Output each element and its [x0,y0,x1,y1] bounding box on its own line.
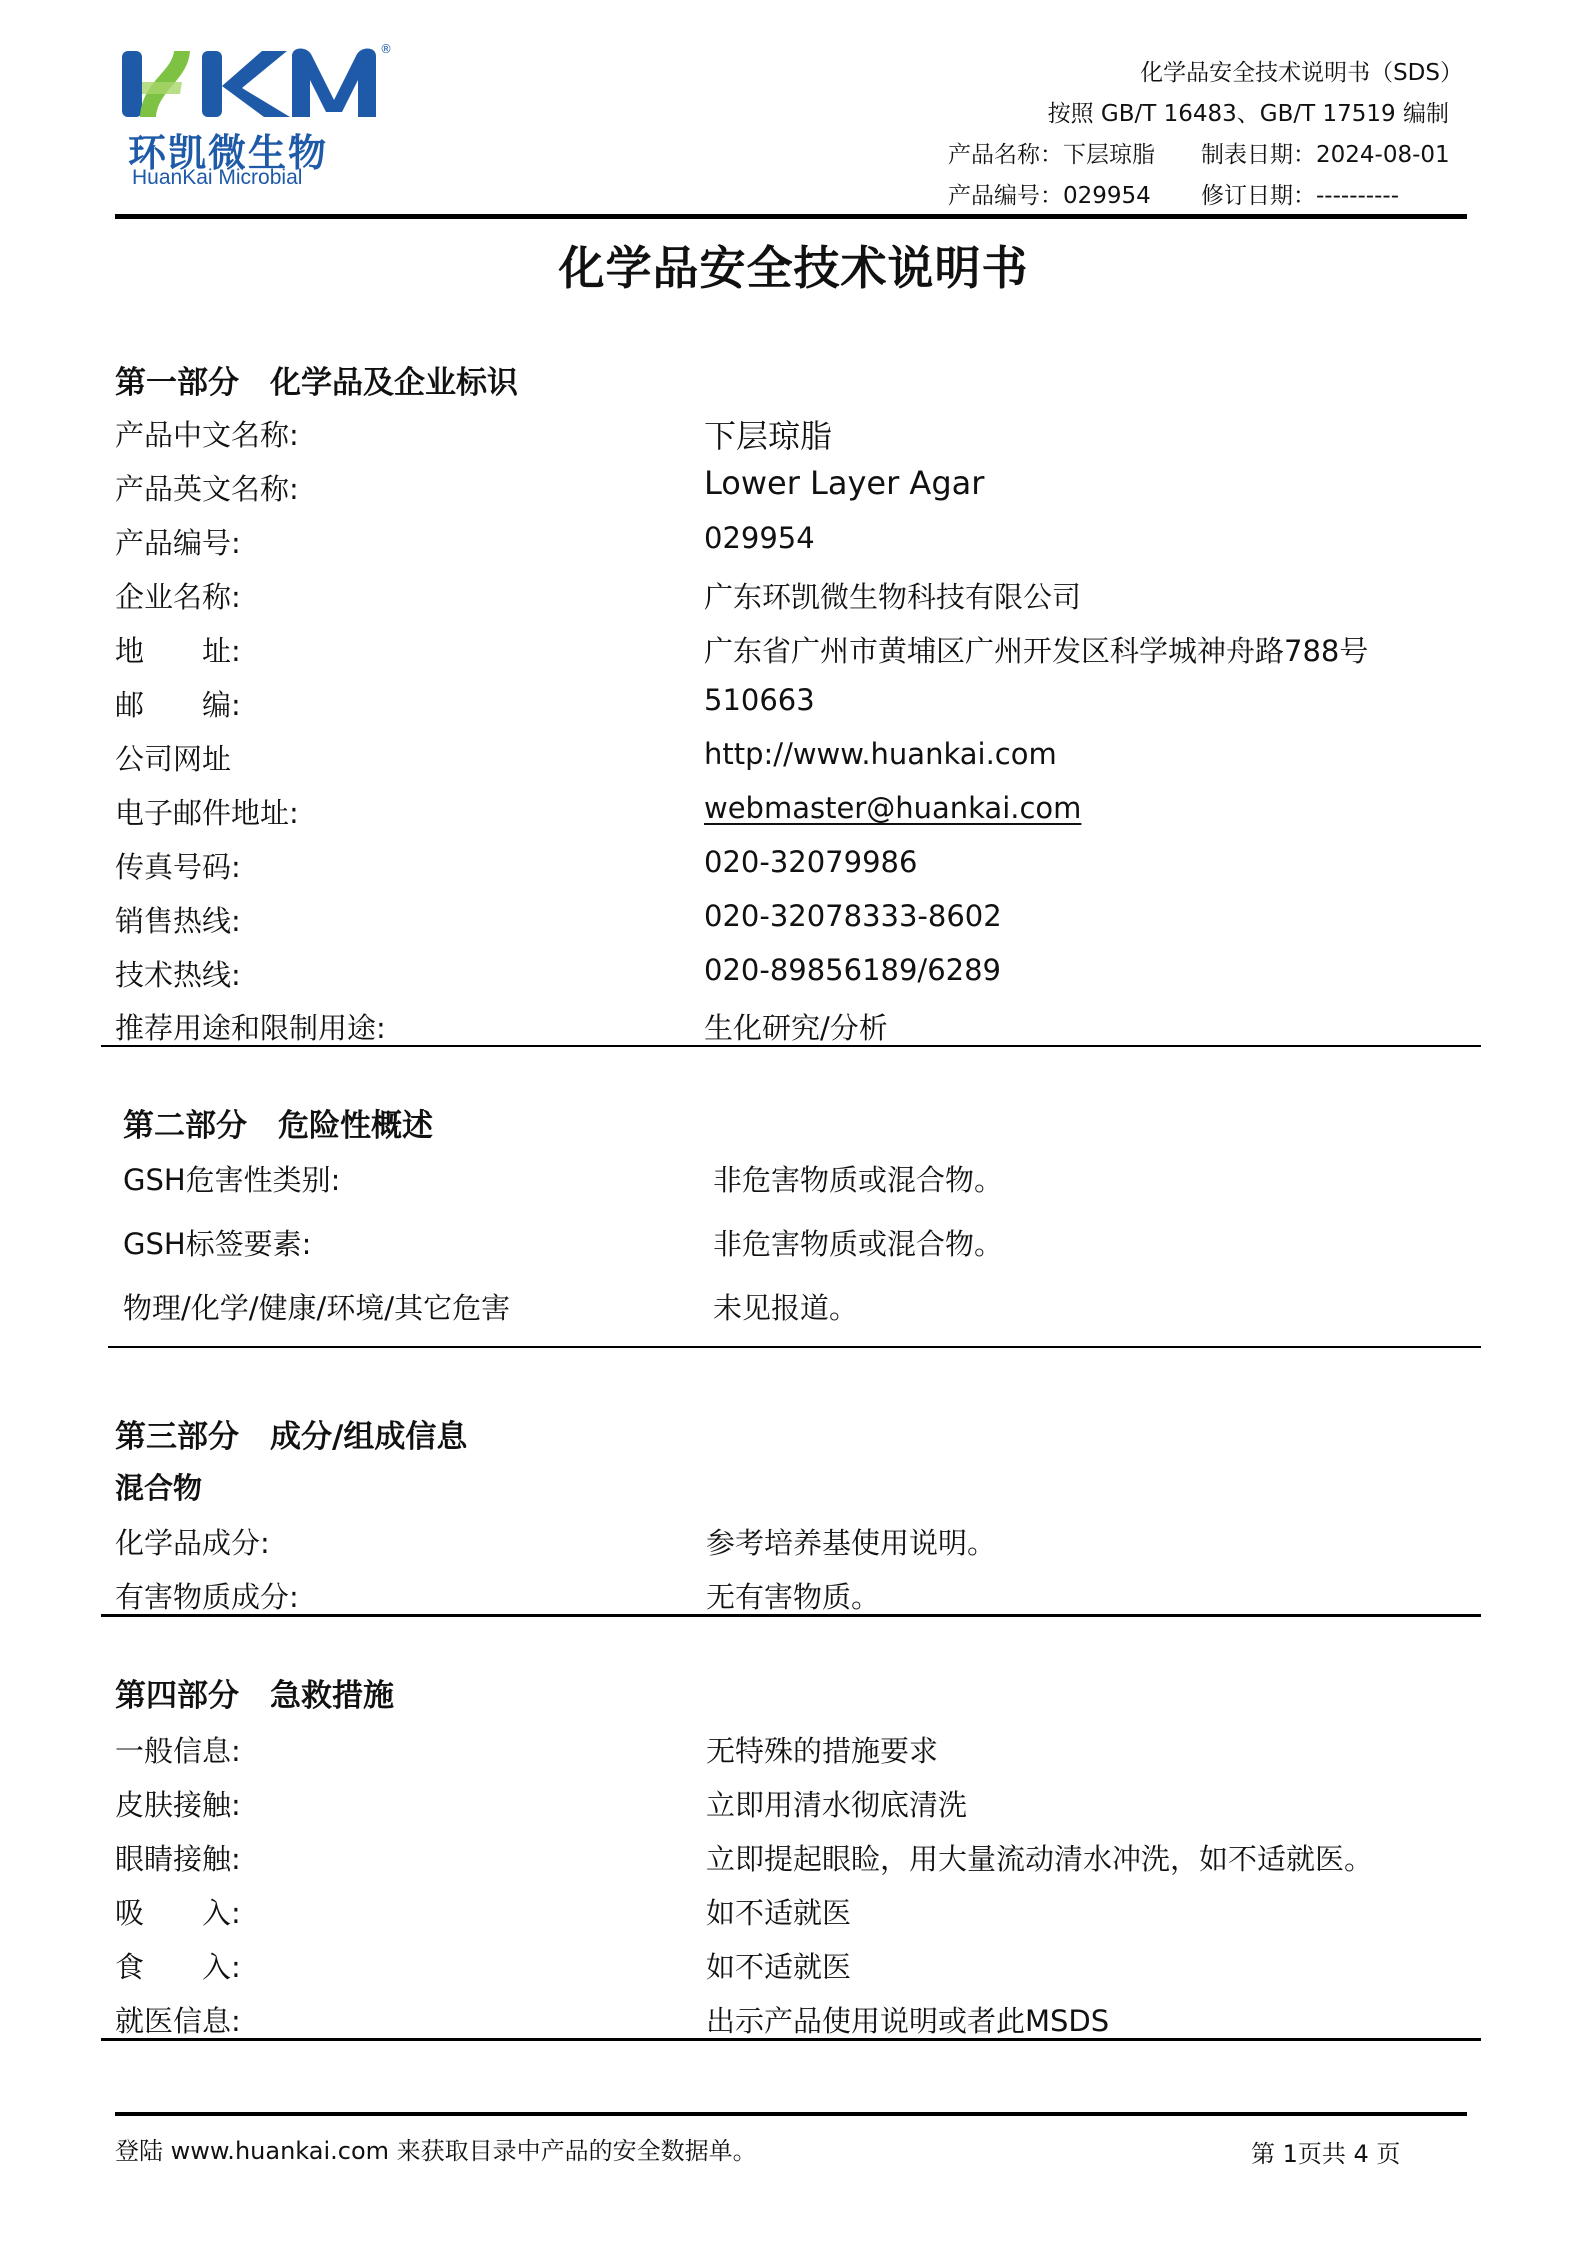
section-1-divider [101,1045,1481,1047]
hkm-logo-mark-icon [122,42,392,122]
made-date-label: 制表日期： [1201,142,1316,168]
row-label: 物理/化学/健康/环境/其它危害 [123,1286,510,1327]
row-label: 有害物质成分: [115,1575,299,1616]
row-label: 产品英文名称: [115,467,299,508]
row-label: 技术热线: [115,953,241,994]
row-label: 电子邮件地址: [115,791,299,832]
row-value: 非危害物质或混合物。 [713,1158,1003,1199]
standard-reference: 按照 GB/T 16483、GB/T 17519 编制 [1048,95,1449,128]
revision-date-header: 修订日期：---------- [1201,177,1399,210]
row-label: GSH危害性类别: [123,1158,340,1199]
row-value: 非危害物质或混合物。 [713,1222,1003,1263]
product-name-label: 产品名称： [948,142,1063,168]
section-3-subtitle: 混合物 [115,1466,202,1507]
document-title: 化学品安全技术说明书 [0,232,1587,298]
row-label: 传真号码: [115,845,241,886]
section-1-title: 第一部分 化学品及企业标识 [115,357,518,402]
company-logo: ® 环凯微生物 HuanKai Microbial [122,42,402,192]
section-4-title: 第四部分 急救措施 [115,1670,394,1715]
section-2-title: 第二部分 危险性概述 [123,1100,433,1145]
row-value: 510663 [704,683,815,717]
row-value: 020-32079986 [704,845,917,879]
product-name-value: 下层琼脂 [1063,142,1155,168]
revision-date-value: ---------- [1316,183,1399,209]
made-date-header: 制表日期：2024-08-01 [1201,136,1450,169]
product-code-label: 产品编号： [948,183,1063,209]
row-value: Lower Layer Agar [704,464,984,502]
row-label: 销售热线: [115,899,241,940]
row-value: 出示产品使用说明或者此MSDS [706,1999,1109,2040]
row-label: 产品编号: [115,521,241,562]
section-2-divider [108,1346,1481,1348]
made-date-value: 2024-08-01 [1316,142,1450,168]
product-code-header: 产品编号：029954 [948,177,1151,210]
row-label: 化学品成分: [115,1521,270,1562]
row-label: GSH标签要素: [123,1222,311,1263]
row-value: 无有害物质。 [706,1575,880,1616]
page-number: 第 1页共 4 页 [1251,2134,1400,2169]
row-value: 未见报道。 [713,1286,858,1327]
row-value: 020-32078333-8602 [704,899,1002,933]
registered-mark: ® [380,42,392,56]
footer-note: 登陆 www.huankai.com 来获取目录中产品的安全数据单。 [115,2131,757,2166]
row-value: 广东环凯微生物科技有限公司 [704,575,1081,616]
row-label: 产品中文名称: [115,413,299,454]
website-link[interactable]: http://www.huankai.com [704,737,1057,771]
row-value: 参考培养基使用说明。 [706,1521,996,1562]
row-label: 推荐用途和限制用途: [115,1006,386,1047]
row-value: 立即用清水彻底清洗 [706,1783,967,1824]
row-value: 立即提起眼睑，用大量流动清水冲洗，如不适就医。 [706,1837,1373,1878]
row-value: 广东省广州市黄埔区广州开发区科学城神舟路788号 [704,629,1368,670]
row-value: 020-89856189/6289 [704,953,1001,987]
row-label: 就医信息: [115,1999,241,2040]
row-label: 公司网址 [115,737,231,778]
footer-divider [115,2112,1467,2116]
header-divider [115,214,1467,219]
row-label: 吸 入: [115,1891,241,1932]
row-label: 食 入: [115,1945,241,1986]
row-label: 一般信息: [115,1729,241,1770]
row-value: 生化研究/分析 [704,1006,888,1047]
row-label: 眼睛接触: [115,1837,241,1878]
row-value: 无特殊的措施要求 [706,1729,938,1770]
row-value: 如不适就医 [706,1945,851,1986]
email-link[interactable]: webmaster@huankai.com [704,791,1081,825]
section-4-divider [101,2038,1481,2041]
section-3-title: 第三部分 成分/组成信息 [115,1411,467,1456]
row-label: 邮 编: [115,683,241,724]
row-label: 地 址: [115,629,241,670]
revision-date-label: 修订日期： [1201,183,1316,209]
row-value: 如不适就医 [706,1891,851,1932]
row-label: 皮肤接触: [115,1783,241,1824]
row-value: 029954 [704,521,815,555]
doc-type: 化学品安全技术说明书（SDS） [1140,54,1463,87]
row-label: 企业名称: [115,575,241,616]
product-name-header: 产品名称：下层琼脂 [948,136,1155,169]
product-code-value: 029954 [1063,183,1151,209]
logo-english-name: HuanKai Microbial [132,166,302,190]
section-3-divider [101,1614,1481,1617]
row-value: 下层琼脂 [704,411,832,457]
